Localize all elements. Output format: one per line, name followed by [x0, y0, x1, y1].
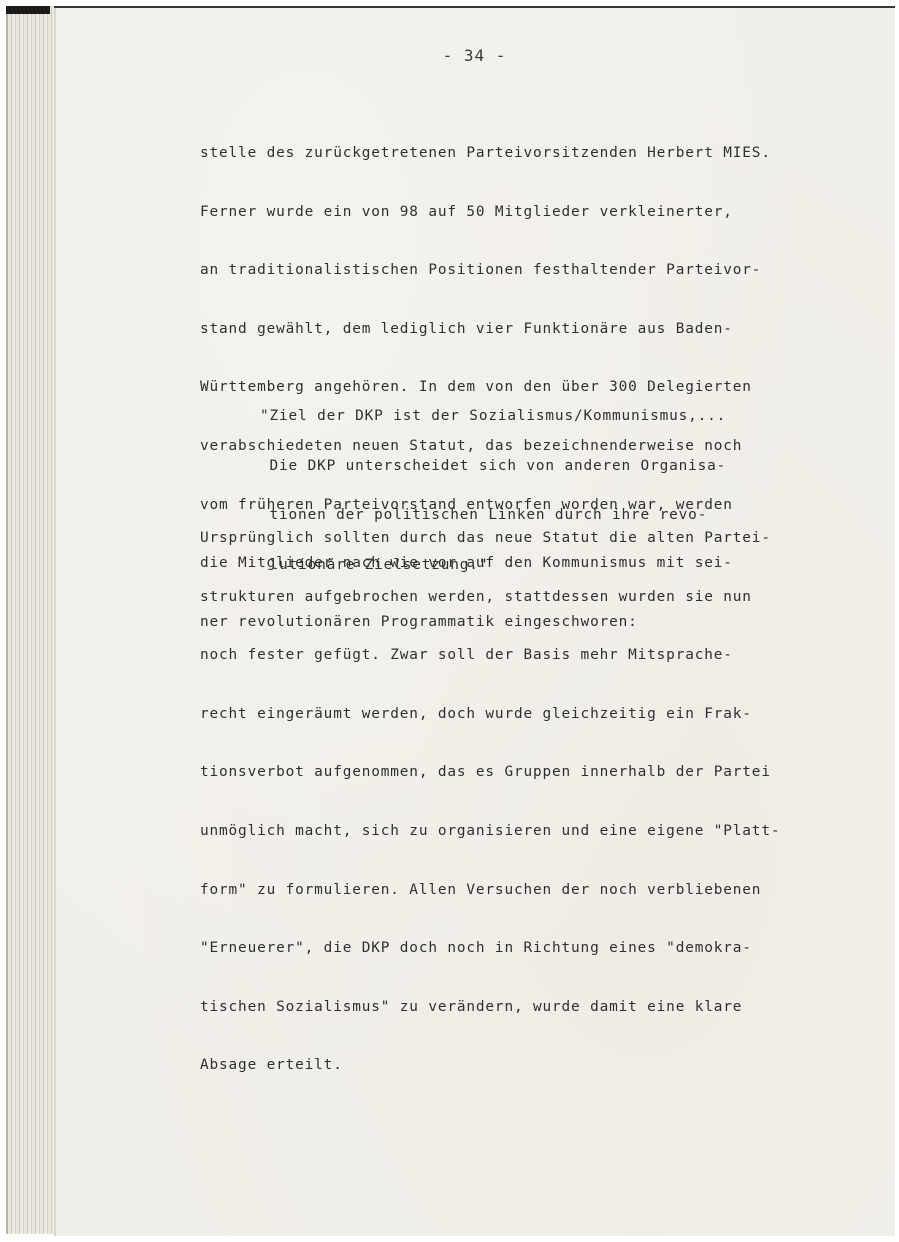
page-stack-edge [6, 6, 60, 1234]
document-page: - 34 - stelle des zurückgetretenen Parte… [54, 6, 895, 1236]
page-number: - 34 - [54, 46, 895, 65]
text-line: recht eingeräumt werden, doch wurde glei… [200, 701, 780, 728]
text-line: unmöglich macht, sich zu organisieren un… [200, 818, 780, 845]
text-line: strukturen aufgebrochen werden, stattdes… [200, 584, 780, 611]
text-line: stelle des zurückgetretenen Parteivorsit… [200, 140, 771, 167]
scanned-document: - 34 - stelle des zurückgetretenen Parte… [0, 0, 899, 1242]
text-line: Ferner wurde ein von 98 auf 50 Mitgliede… [200, 199, 771, 226]
text-line: an traditionalistischen Positionen festh… [200, 257, 771, 284]
text-line: Absage erteilt. [200, 1052, 780, 1079]
text-line: noch fester gefügt. Zwar soll der Basis … [200, 642, 780, 669]
text-line: stand gewählt, dem lediglich vier Funkti… [200, 316, 771, 343]
text-line: "Erneuerer", die DKP doch noch in Richtu… [200, 935, 780, 962]
paragraph-2: Ursprünglich sollten durch das neue Stat… [200, 493, 780, 1111]
text-line: Ursprünglich sollten durch das neue Stat… [200, 525, 780, 552]
text-line: tischen Sozialismus" zu verändern, wurde… [200, 994, 780, 1021]
quote-line: Die DKP unterscheidet sich von anderen O… [260, 458, 726, 476]
page-corner-shadow [6, 6, 50, 14]
text-line: tionsverbot aufgenommen, das es Gruppen … [200, 759, 780, 786]
text-line: form" zu formulieren. Allen Versuchen de… [200, 877, 780, 904]
quote-line: "Ziel der DKP ist der Sozialismus/Kommun… [260, 408, 726, 426]
